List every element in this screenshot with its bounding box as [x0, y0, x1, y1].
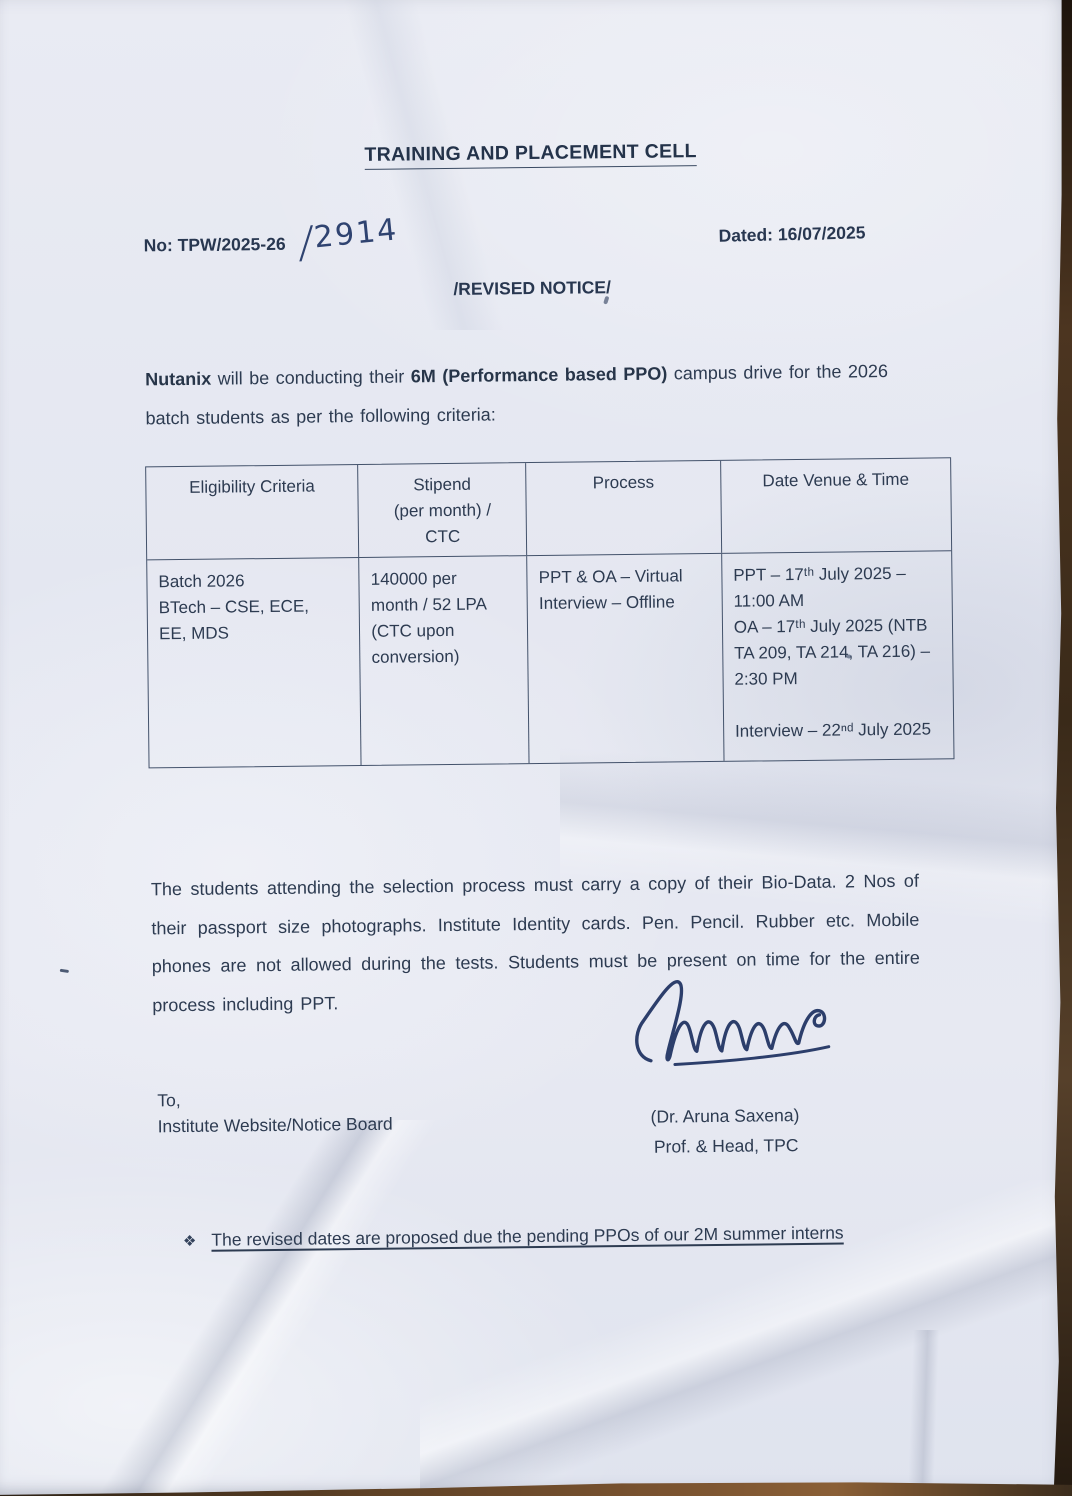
table-row: Batch 2026 BTech – CSE, ECE, EE, MDS 140…: [147, 551, 953, 767]
ink-speck: [846, 654, 851, 658]
header-eligibility-criteria: Eligibility Criteria: [146, 465, 359, 559]
cell-eligibility: Batch 2026 BTech – CSE, ECE, EE, MDS: [147, 558, 362, 767]
header-process: Process: [526, 461, 722, 555]
reference-number: No: TPW/2025-26: [144, 234, 286, 257]
criteria-table: Eligibility Criteria Stipend (per month)…: [145, 457, 954, 768]
recipient-line: Institute Website/Notice Board: [158, 1114, 393, 1138]
diamond-bullet-icon: ❖: [183, 1232, 197, 1250]
handwritten-number: 2914: [312, 212, 399, 255]
page-title-text: TRAINING AND PLACEMENT CELL: [364, 140, 697, 170]
footnote: ❖ The revised dates are proposed due the…: [183, 1223, 844, 1251]
dated-label: Dated: 16/07/2025: [718, 222, 865, 246]
header-stipend-ctc: Stipend (per month) / CTC: [358, 463, 527, 557]
page-title: TRAINING AND PLACEMENT CELL: [0, 136, 1067, 171]
ink-speck: [60, 969, 69, 973]
notice-document: TRAINING AND PLACEMENT CELL No: TPW/2025…: [0, 0, 1072, 1496]
cell-schedule: PPT – 17ᵗʰ July 2025 – 11:00 AM OA – 17ᵗ…: [722, 551, 953, 761]
signatory-title: Prof. & Head, TPC: [654, 1135, 799, 1158]
intro-paragraph: Nutanix will be conducting their 6M (Per…: [145, 352, 918, 439]
reference-number-handwritten: /2914: [296, 208, 401, 269]
table-header-row: Eligibility Criteria Stipend (per month)…: [146, 458, 951, 560]
signature-icon: [626, 963, 847, 1073]
signatory-name: (Dr. Aruna Saxena): [650, 1105, 799, 1128]
ink-speck: [603, 296, 609, 305]
footnote-text: The revised dates are proposed due the p…: [211, 1223, 843, 1251]
cell-stipend: 140000 per month / 52 LPA (CTC upon conv…: [359, 556, 529, 765]
notice-type-heading: /REVISED NOTICE/: [0, 272, 1068, 305]
intro-text: will be conducting their: [211, 366, 411, 388]
company-name: Nutanix: [145, 369, 211, 390]
handwritten-slash: /: [299, 217, 314, 268]
cell-process: PPT & OA – Virtual Interview – Offline: [527, 554, 724, 763]
offer-type: 6M (Performance based PPO): [411, 363, 668, 386]
to-label: To,: [157, 1090, 181, 1111]
header-date-venue-time: Date Venue & Time: [721, 458, 951, 553]
